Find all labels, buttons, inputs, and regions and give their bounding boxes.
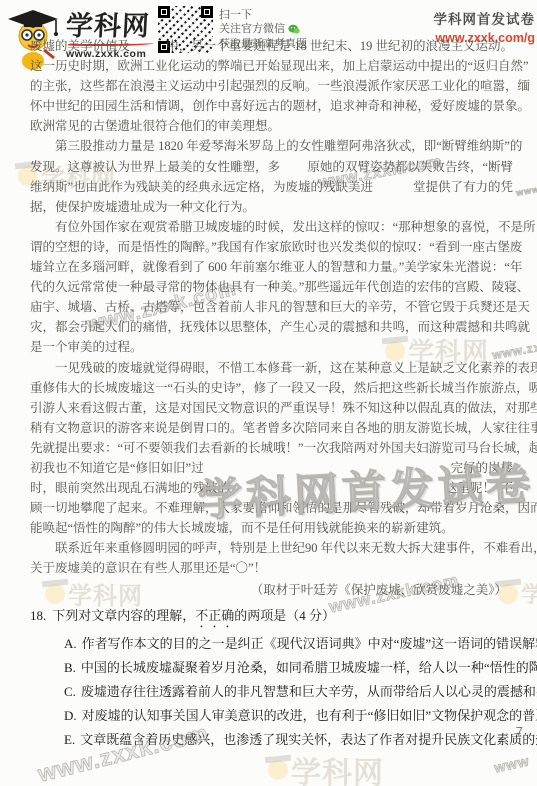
essay-line: 初我也不知道它是“修旧如旧”过完好的岗楼 bbox=[30, 458, 513, 478]
essay-line: 先就提出要求：“可不要领我们去看新的长城哦！”一次我陪两对外国夫妇游览司马台长城… bbox=[30, 438, 513, 458]
qr-caption-2: 关注官方微信 bbox=[219, 22, 285, 37]
option-list: A.作者写作本文的目的之一是纠正《现代汉语词典》中对“废墟”这一语词的错误解释。… bbox=[64, 632, 513, 752]
question-option: E.文章既蕴含着历史感兴，也渗透了现实关怀，表达了作者对提升民族文化素质的热望。 bbox=[64, 728, 513, 752]
essay-line: 灾，都会引起人们的痛惜，抚残体以思整体，产生心灵的震撼和共鸣，而这种震撼和共鸣就 bbox=[30, 317, 513, 337]
essay-line: 顾一切地攀爬了起来。不难理解，人家要瞻仰和领悟的是那尽管残破，却带着岁月沧桑，因… bbox=[30, 498, 513, 518]
essay-line: 一见残破的废墟就觉得碍眼，不惜工本修葺一新，这在某种意义上是缺乏文化素养的表现。 bbox=[30, 358, 513, 378]
question-18: 18.下列对文章内容的理解，不正确的两项是（4 分） A.作者写作本文的目的之一… bbox=[30, 604, 513, 752]
essay-line: 稍有文物意识的游客来说是倒胃口的。笔者曾多次陪同来自各地的朋友游览长城，人家往往… bbox=[30, 418, 513, 438]
essay-line: 欧洲常见的古堡遗址很符合他们的审美理想。 bbox=[30, 116, 513, 136]
essay-line: 发现。这尊被认为世界上最美的女性雕塑，多原她的双臂姿势都以失败告终，“断臂 bbox=[30, 157, 513, 177]
essay-line: 庙宇、城墙、古桥、古塔等，包含着前人非凡的智慧和巨大的辛劳，不管它毁于兵燹还是天 bbox=[30, 297, 513, 317]
exam-page-scan: 学科网 www.zxxk.com 扫一下 关注官方微信 获取最新高考真题 bbox=[0, 0, 537, 786]
essay-line: 据，使保护废墟遗址成为一种文化行为。 bbox=[30, 197, 513, 217]
essay-line: 这一历史时期，欧洲工业化运动的弊端已开始显现出来，加上启蒙运动中提出的“返归自然… bbox=[30, 56, 513, 76]
essay-line: 维纳斯”也由此作为残缺美的经典永远定格，为废墟的残缺美进堂提供了有力的凭 bbox=[30, 177, 513, 197]
emphasized-text: 不正确 bbox=[195, 608, 234, 623]
essay-line: 有位外国作家在观赏希腊卫城废墟的时候，发出这样的惊叹：“那种想象的喜悦，不是所 bbox=[30, 217, 513, 237]
question-number: 18. bbox=[30, 608, 46, 623]
essay-line: 重修伟大的长城废墟这一“石头的史诗”，修了一段又一段，然后把这些新长城当作旅游点… bbox=[30, 378, 513, 398]
question-option: A.作者写作本文的目的之一是纠正《现代汉语词典》中对“废墟”这一语词的错误解释。 bbox=[64, 632, 513, 656]
watermark-url: www bbox=[493, 752, 531, 775]
essay-body: 废墟的美学价值及中，另一个重要进程是 18 世纪末、19 世纪初的浪漫主义运动。… bbox=[30, 36, 513, 752]
essay-line: 怀中世纪的田园生活和情调，创作中喜好远古的题材，追求神奇和神秘，爱好废墟的景象。 bbox=[30, 96, 513, 116]
qr-caption-1: 扫一下 bbox=[219, 8, 307, 22]
source-attribution: （取材于叶廷芳《保护废墟，欣赏废墟之美》） bbox=[30, 579, 513, 601]
essay-line: 关于废墟美的意识在有些人那里还是“〇”！ bbox=[30, 558, 513, 578]
essay-line: 联系近年来重修圆明园的呼声，特别是上世纪90 年代以来无数大拆大建事件，不难看出… bbox=[30, 538, 513, 558]
essay-line: 的主张，这些都在浪漫主义运动中引起强烈的反响。一些浪漫派作家厌恶工业化的喧嚣，缅 bbox=[30, 76, 513, 96]
watermark-mascot-icon bbox=[268, 760, 288, 780]
wechat-icon bbox=[288, 24, 300, 35]
essay-line: 墟耸立在多瑙河畔，就像看到了 600 年前塞尔维亚人的智慧和力量。”美学家朱光潜… bbox=[30, 257, 513, 277]
qr-finder-icon bbox=[201, 6, 213, 18]
essay-line: 能唤起“悟性的陶醉”的伟大长城废墟，而不是任何用钱就能换来的崭新建筑。 bbox=[30, 518, 513, 538]
watermark-logo: 学科网 bbox=[268, 748, 384, 786]
essay-line: 代的久远常常使一种最寻常的物体也具有一种美。”那些遥远年代创造的宏伟的宫殿、陵寝… bbox=[30, 277, 513, 297]
essay-line: 第三股推动力量是 1820 年爱琴海米罗岛上的女性雕塑阿弗洛狄忒，即“断臂维纳斯… bbox=[30, 136, 513, 156]
question-option: B.中国的长城废墟凝聚着岁月沧桑，如同希腊卫城废墟一样，给人以一种“悟性的陶醉”… bbox=[64, 656, 513, 680]
watermark-url: www bbox=[515, 184, 537, 198]
question-option: C.废墟遗存往往透露着前人的非凡智慧和巨大辛劳，从而带给后人以心灵的震撼和共鸣。 bbox=[64, 680, 513, 704]
header-title: 学科网首发试卷 bbox=[434, 8, 536, 28]
essay-line: 引游人来看这假古董，这是对国民文物意识的严重误导！殊不知这种以假乱真的做法，对那… bbox=[30, 398, 513, 418]
essay-line: 是一个审美的过程。 bbox=[30, 337, 513, 357]
qr-finder-icon bbox=[158, 6, 170, 18]
essay-line: 时，眼前突然出现乱石满地的残破的这里呢！”不 bbox=[30, 478, 513, 498]
essay-line: 谓的空想的诗，而是悟性的陶醉。”我国有作家旅欧时也兴发类似的惊叹：“看到一座古堡… bbox=[30, 237, 513, 257]
question-option: D.对废墟的认知事关国人审美意识的改进，也有利于“修旧如旧”文物保护观念的普及。 bbox=[64, 704, 513, 728]
page-number: 7 bbox=[516, 724, 523, 739]
essay-line: 废墟的美学价值及中，另一个重要进程是 18 世纪末、19 世纪初的浪漫主义运动。 bbox=[30, 36, 513, 56]
